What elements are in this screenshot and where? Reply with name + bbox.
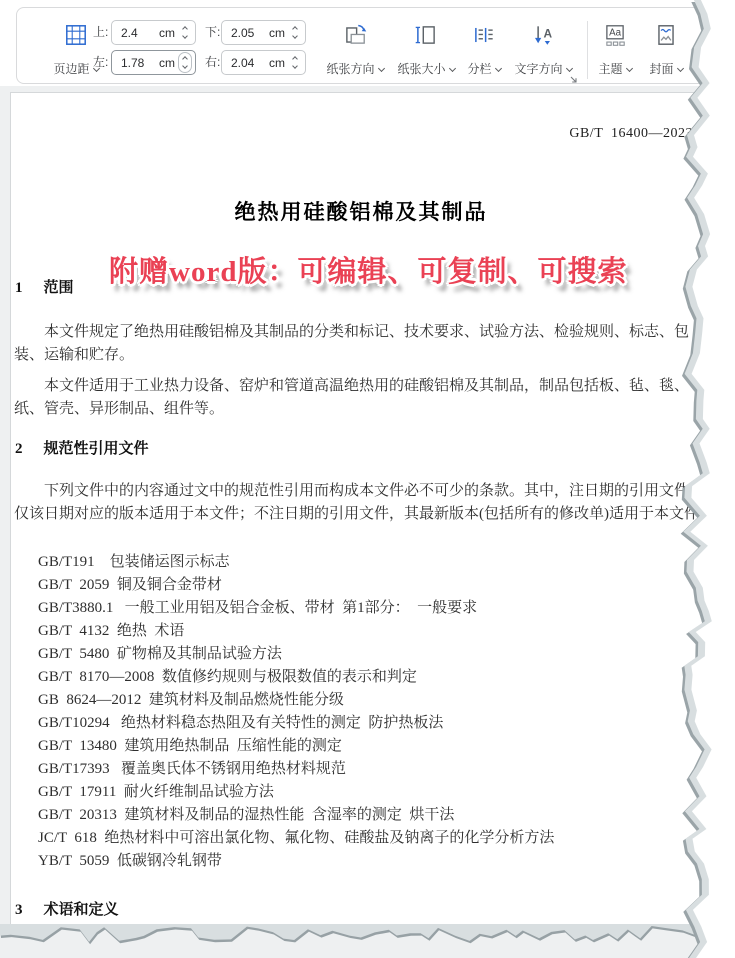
svg-text:Aa: Aa — [609, 28, 622, 39]
margin-right-field[interactable]: 2.04 cm — [221, 50, 306, 75]
page-border-button[interactable]: 页面边 — [693, 19, 735, 83]
margin-bottom-value: 2.05 — [222, 26, 269, 40]
reference-item: GB/T10294 绝热材料稳态热阻及有关特性的测定 防护热板法 — [38, 712, 554, 735]
page-border-label: 页面边 — [704, 62, 735, 76]
references-intro-paragraph: 下列文件中的内容通过文中的规范性引用而构成本文件必不可少的条款。其中，注日期的引… — [14, 480, 717, 526]
paper-size-button[interactable]: 纸张大小 — [389, 19, 463, 83]
chevron-down-icon — [377, 65, 384, 72]
svg-text:A: A — [544, 27, 553, 41]
document-title: 绝热用硅酸铝棉及其制品 — [11, 196, 711, 226]
theme-button[interactable]: Aa 主题 — [593, 19, 637, 83]
text-direction-icon: A — [530, 22, 556, 48]
section-number: 3 — [15, 902, 23, 919]
section-2-heading: 2规范性引用文件 — [15, 437, 149, 458]
theme-icon: Aa — [602, 22, 628, 48]
margin-bottom-unit: cm — [269, 26, 285, 40]
reference-item: YB/T 5059 低碳钢冷轧钢带 — [38, 850, 554, 873]
reference-item: GB/T 20313 建筑材料及制品的湿热性能 含湿率的测定 烘干法 — [38, 804, 554, 827]
margin-left-field[interactable]: 1.78 cm — [111, 50, 196, 75]
columns-label: 分栏 — [467, 62, 491, 76]
paper-orientation-label: 纸张方向 — [326, 62, 374, 76]
paper-size-label: 纸张大小 — [397, 62, 445, 76]
section-number: 2 — [15, 441, 23, 458]
margins-grid-icon — [63, 22, 89, 48]
reference-item: GB/T 13480 建筑用绝热制品 压缩性能的测定 — [38, 735, 554, 758]
section-number: 1 — [15, 280, 23, 297]
margin-top-label: 上: — [93, 20, 108, 45]
reference-item: GB 8624—2012 建筑材料及制品燃烧性能分级 — [38, 689, 554, 712]
reference-item: GB/T3880.1 一般工业用铝及铝合金板、带材 第1部分： 一般要求 — [38, 597, 554, 620]
document-page[interactable]: GB/T 16400—2023 绝热用硅酸铝棉及其制品 附赠word版：可编辑、… — [10, 92, 735, 924]
margin-top-value: 2.4 — [112, 26, 159, 40]
scope-paragraph-2: 本文件适用于工业热力设备、窑炉和管道高温绝热用的硅酸铝棉及其制品，制品包括板、毡… — [14, 375, 717, 421]
chevron-down-icon — [676, 65, 683, 72]
page-setup-group: 页边距 上: 2.4 cm 下: 2.05 cm 左: 1.78 cm 右: — [16, 7, 735, 84]
section-3-heading: 3术语和定义 — [15, 898, 119, 919]
reference-item: GB/T 17911 耐火纤维制品试验方法 — [38, 781, 554, 804]
cover-page-icon — [653, 22, 679, 48]
margin-right-value: 2.04 — [222, 56, 269, 70]
group-divider — [587, 21, 588, 79]
margin-left-unit: cm — [159, 56, 175, 70]
margin-bottom-label: 下: — [205, 20, 220, 45]
watermark-text: 附赠word版：可编辑、可复制、可搜索 — [109, 249, 627, 290]
margins-button-label: 页边距 — [53, 62, 89, 76]
word-processor-screen: 页边距 上: 2.4 cm 下: 2.05 cm 左: 1.78 cm 右: — [0, 0, 735, 958]
cover-page-label: 封面 — [649, 62, 673, 76]
margin-top-stepper[interactable] — [178, 22, 192, 43]
paper-orientation-icon — [342, 22, 368, 48]
standard-code: GB/T 16400—2023 — [569, 126, 693, 142]
theme-label: 主题 — [598, 62, 622, 76]
section-title: 术语和定义 — [44, 898, 119, 919]
reference-item: GB/T191 包装储运图示标志 — [38, 551, 554, 574]
margin-bottom-stepper[interactable] — [288, 22, 302, 43]
chevron-down-icon — [565, 65, 572, 72]
margin-left-stepper[interactable] — [178, 52, 192, 73]
section-title: 范围 — [44, 276, 74, 297]
cover-page-button[interactable]: 封面 — [645, 19, 687, 83]
text-direction-label: 文字方向 — [514, 62, 562, 76]
chevron-down-icon — [625, 65, 632, 72]
margin-right-label: 右: — [205, 50, 220, 75]
margin-bottom-field[interactable]: 2.05 cm — [221, 20, 306, 45]
scope-paragraph-1: 本文件规定了绝热用硅酸铝棉及其制品的分类和标记、技术要求、试验方法、检验规则、标… — [14, 321, 717, 367]
chevron-down-icon — [448, 65, 455, 72]
ribbon-page-layout: 页边距 上: 2.4 cm 下: 2.05 cm 左: 1.78 cm 右: — [0, 0, 735, 86]
margin-right-unit: cm — [269, 56, 285, 70]
reference-list: GB/T191 包装储运图示标志 GB/T 2059 铜及铜合金带材 GB/T3… — [38, 551, 554, 873]
reference-item: GB/T 8170—2008 数值修约规则与极限数值的表示和判定 — [38, 666, 554, 689]
section-1-heading: 1范围 — [15, 276, 74, 297]
section-title: 规范性引用文件 — [44, 437, 149, 458]
reference-item: GB/T17393 覆盖奥氏体不锈钢用绝热材料规范 — [38, 758, 554, 781]
page-border-icon — [709, 22, 735, 48]
reference-item: GB/T 2059 铜及铜合金带材 — [38, 574, 554, 597]
margin-left-value: 1.78 — [112, 56, 159, 70]
document-workspace: GB/T 16400—2023 绝热用硅酸铝棉及其制品 附赠word版：可编辑、… — [0, 86, 735, 958]
reference-item: JC/T 618 绝热材料中可溶出氯化物、氟化物、硅酸盐及钠离子的化学分析方法 — [38, 827, 554, 850]
paper-size-icon — [413, 22, 439, 48]
columns-button[interactable]: 分栏 — [461, 19, 507, 83]
margin-left-label: 左: — [93, 50, 108, 75]
margin-top-unit: cm — [159, 26, 175, 40]
columns-icon — [471, 22, 497, 48]
margin-top-field[interactable]: 2.4 cm — [111, 20, 196, 45]
chevron-down-icon — [494, 65, 501, 72]
margin-right-stepper[interactable] — [288, 52, 302, 73]
reference-item: GB/T 4132 绝热 术语 — [38, 620, 554, 643]
page-setup-dialog-launcher[interactable] — [568, 72, 580, 84]
paper-orientation-button[interactable]: 纸张方向 — [317, 19, 393, 83]
dialog-launcher-icon — [568, 74, 579, 85]
reference-item: GB/T 5480 矿物棉及其制品试验方法 — [38, 643, 554, 666]
